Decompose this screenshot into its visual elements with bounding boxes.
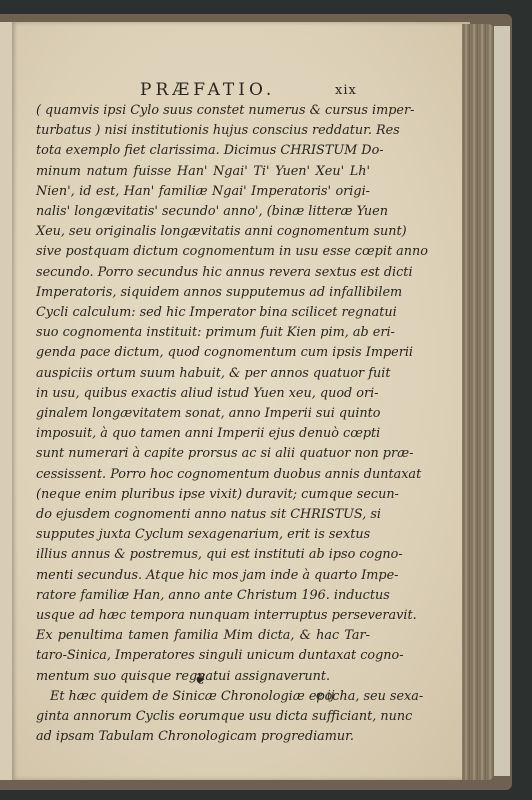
text-line: do ejusdem cognomenti anno natus sit CHR… xyxy=(36,505,370,525)
text-line: ginta annorum Cyclis eorumque usu dicta … xyxy=(36,707,370,727)
text-line: secundo. Porro secundus hic annus revera… xyxy=(36,263,370,283)
text-line: cessissent. Porro hoc cognomentum duobus… xyxy=(36,465,370,485)
page-fore-edge xyxy=(462,24,494,780)
text-line: imposuit, à quo tamen anni Imperii ejus … xyxy=(36,424,370,444)
text-line: illius annus & postremus, qui est instit… xyxy=(36,545,370,565)
signature-mark: e ij xyxy=(316,688,334,702)
text-line: genda pace dictum, quod cognomentum cum … xyxy=(36,343,370,363)
text-line: Cycli calculum: sed hic Imperator bina s… xyxy=(36,303,370,323)
body-text: ( quamvis ipsi Cylo suus constet numerus… xyxy=(36,101,370,748)
text-line: Ex penultima tamen familia Mim dicta, & … xyxy=(36,626,370,646)
text-line: menti secundus. Atque hic mos jam inde à… xyxy=(36,566,370,586)
text-line: ( quamvis ipsi Cylo suus constet numerus… xyxy=(36,101,370,121)
text-line: in usu, quibus exactis aliud istud Yuen … xyxy=(36,384,370,404)
text-line: turbatus ) nisi institutionis hujus cons… xyxy=(36,121,370,141)
text-line: nalis' longævitatis' secundo' anno', (bi… xyxy=(36,202,370,222)
page-number: xix xyxy=(335,83,357,98)
text-line: taro-Sinica, Imperatores singuli unicum … xyxy=(36,646,370,666)
text-line: auspiciis ortum suum habuit, & per annos… xyxy=(36,364,370,384)
text-line: Nien', id est, Han' familiæ Ngai' Impera… xyxy=(36,182,370,202)
text-line: tota exemplo fiet clarissima. Dicimus CH… xyxy=(36,141,370,161)
text-line: minum natum fuisse Han' Ngai' Ti' Yuen' … xyxy=(36,162,370,182)
text-line: ad ipsam Tabulam Chronologicam progredia… xyxy=(36,727,370,747)
text-line: Xeu, seu originalis longævitatis anni co… xyxy=(36,222,370,242)
text-line: (neque enim pluribus ipse vixit) duravit… xyxy=(36,485,370,505)
text-line: sunt numerari à capite prorsus ac si ali… xyxy=(36,444,370,464)
text-line: usque ad hæc tempora nunquam interruptus… xyxy=(36,606,370,626)
fleuron-ornament-icon: ❦ xyxy=(194,670,207,688)
text-line: ratore familiæ Han, anno ante Christum 1… xyxy=(36,586,370,606)
text-line: suo cognomenta instituit: primum fuit Ki… xyxy=(36,323,370,343)
text-line: Imperatoris, siquidem annos supputemus a… xyxy=(36,283,370,303)
text-line: sive postquam dictum cognomentum in usu … xyxy=(36,242,370,262)
running-head: PRÆFATIO. xyxy=(140,80,275,100)
text-line: ginalem longævitatem sonat, anno Imperii… xyxy=(36,404,370,424)
text-line: supputes juxta Cyclum sexagenarium, erit… xyxy=(36,525,370,545)
endpaper xyxy=(494,26,510,776)
